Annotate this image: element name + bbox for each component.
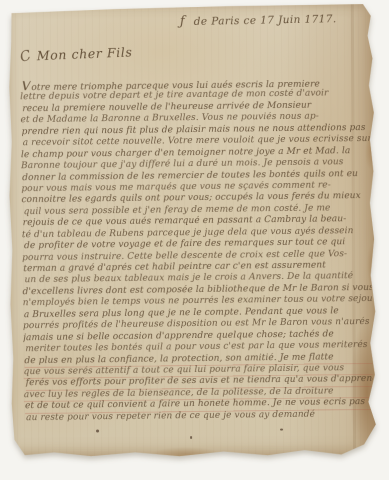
dateline: ƒ de Paris ce 17 Juin 1717. (180, 12, 337, 29)
letter-paper: ƒ de Paris ce 17 Juin 1717. C Mon cher F… (8, 4, 378, 458)
flourish-mark: C (18, 47, 33, 65)
letter-body: Votre mere triomphe parceque vous lui au… (20, 77, 373, 424)
salutation: C Mon cher Fils (20, 44, 133, 64)
ink-speck (96, 429, 99, 432)
letter-scan: ƒ de Paris ce 17 Juin 1717. C Mon cher F… (0, 0, 389, 480)
paraph-mark: ƒ (180, 15, 185, 28)
dateline-text: de Paris ce 17 Juin 1717. (194, 12, 337, 29)
ink-speck (280, 429, 283, 431)
paper-wrap: ƒ de Paris ce 17 Juin 1717. C Mon cher F… (8, 4, 378, 458)
torn-edge (150, 447, 220, 461)
ink-speck (190, 436, 192, 439)
salutation-text: Mon cher Fils (37, 44, 133, 63)
